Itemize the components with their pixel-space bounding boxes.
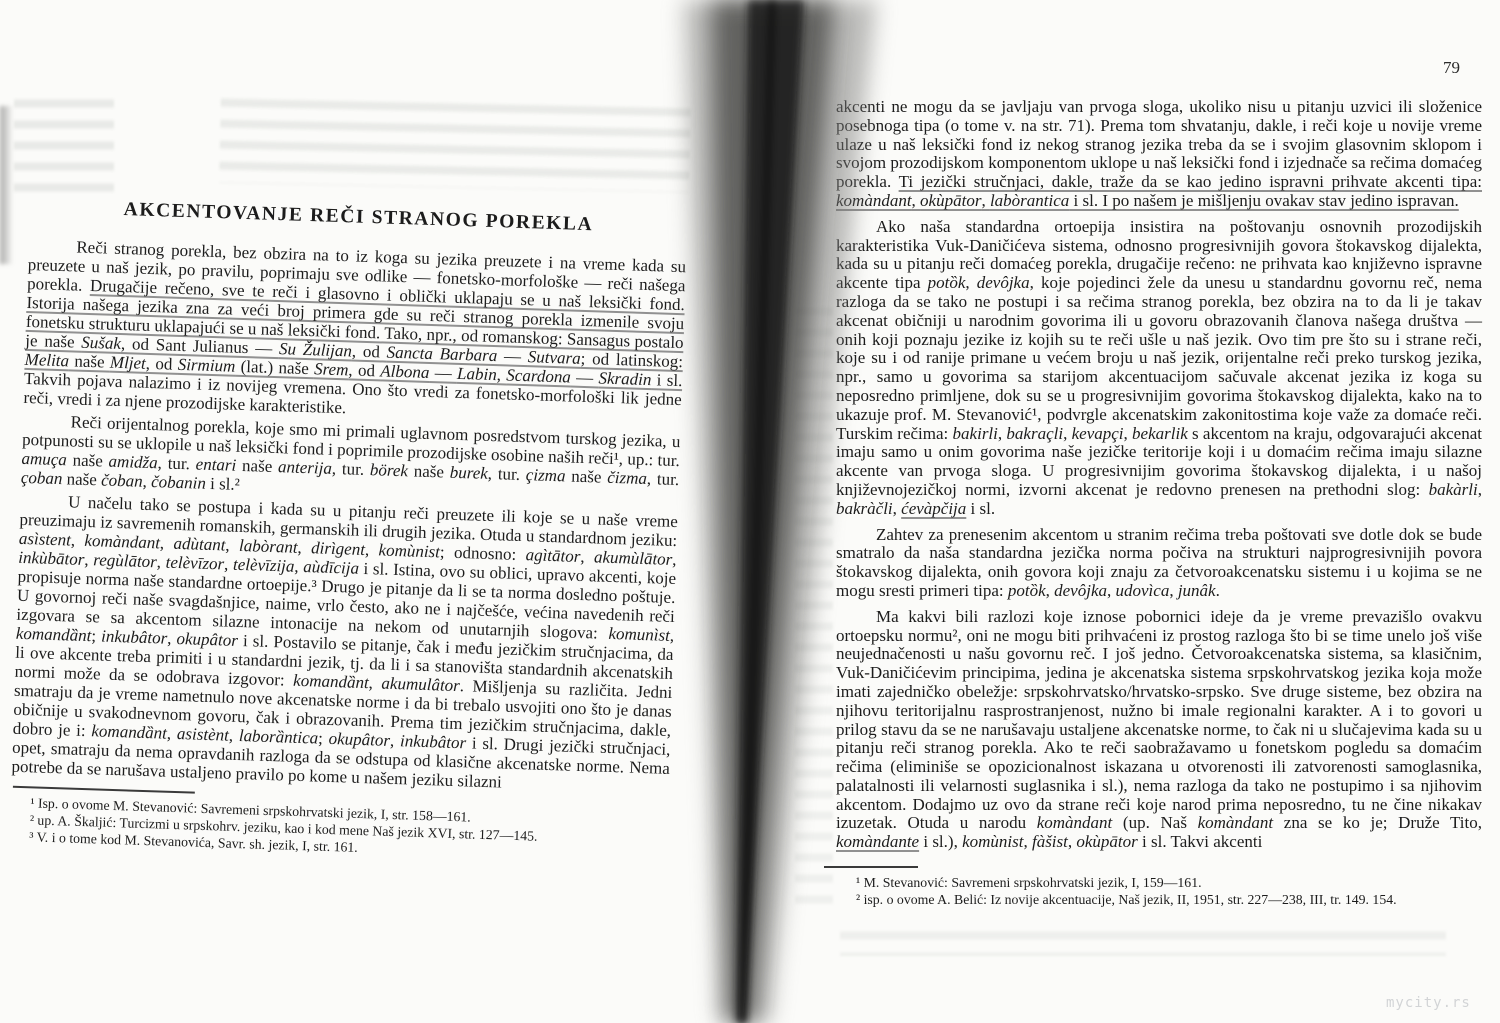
paragraph: U načelu tako se postupa i kada su u pit… (11, 491, 678, 797)
bleed-through (840, 924, 1446, 956)
paragraph: Zahtev za prenesenim akcentom u stranim … (836, 526, 1482, 601)
article-title: AKCENTOVANJE REČI STRANOG POREKLA (29, 196, 687, 239)
paragraph: Ma kakvi bili razlozi koje iznose poborn… (836, 608, 1482, 852)
footnote: ¹ M. Stevanović: Savremeni srpskohrvatsk… (836, 874, 1482, 891)
paragraph: Ako naša standardna ortoepija insistira … (836, 218, 1482, 519)
footnote: ² isp. o ovome A. Belić: Iz novije akcen… (836, 891, 1482, 908)
paragraph: akcenti ne mogu da se javljaju van prvog… (836, 98, 1482, 211)
page-number: 79 (1443, 58, 1460, 78)
bleed-through (14, 92, 114, 200)
scan-edge-smudge (0, 106, 13, 264)
left-page: AKCENTOVANJE REČI STRANOG POREKLA Reči s… (9, 196, 688, 866)
watermark: mycity.rs (1386, 995, 1471, 1011)
paragraph: Reči stranog porekla, bez obzira na to i… (23, 236, 686, 428)
footnote-rule (824, 866, 918, 868)
scanned-book-spread: { "scan": { "page_number": "79", "waterm… (0, 0, 1500, 1023)
right-page: akcenti ne mogu da se javljaju van prvog… (836, 98, 1482, 908)
bleed-through (219, 91, 691, 193)
footnote-rule (13, 786, 195, 794)
bleed-through (795, 300, 833, 910)
